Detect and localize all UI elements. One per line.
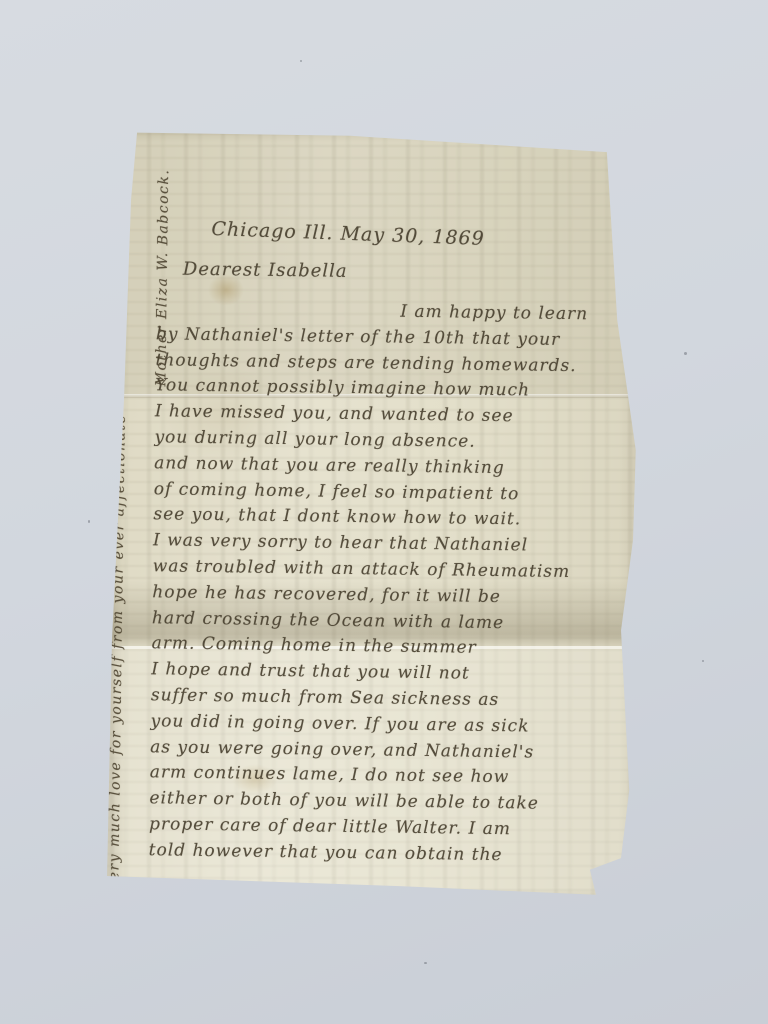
- letter-salutation: Dearest Isabella: [183, 259, 348, 282]
- dust-speck: [300, 60, 302, 62]
- dust-speck: [702, 660, 704, 662]
- letter-dateline: Chicago Ill. May 30, 1869: [211, 218, 485, 250]
- dust-speck: [684, 352, 687, 355]
- letter-body: I am happy to learn by Nathaniel's lette…: [149, 296, 637, 870]
- letter-paper: Chicago Ill. May 30, 1869 Dearest Isabel…: [100, 128, 645, 908]
- dust-speck: [88, 520, 90, 523]
- margin-signature-line-1: very much love for yourself from your ev…: [106, 160, 132, 890]
- dust-speck: [424, 962, 427, 964]
- letter-line: told however that you can obtain the: [149, 838, 629, 870]
- margin-signature-line-2: Mother Eliza W. Babcock.: [153, 166, 172, 386]
- photo-background: Chicago Ill. May 30, 1869 Dearest Isabel…: [0, 0, 768, 1024]
